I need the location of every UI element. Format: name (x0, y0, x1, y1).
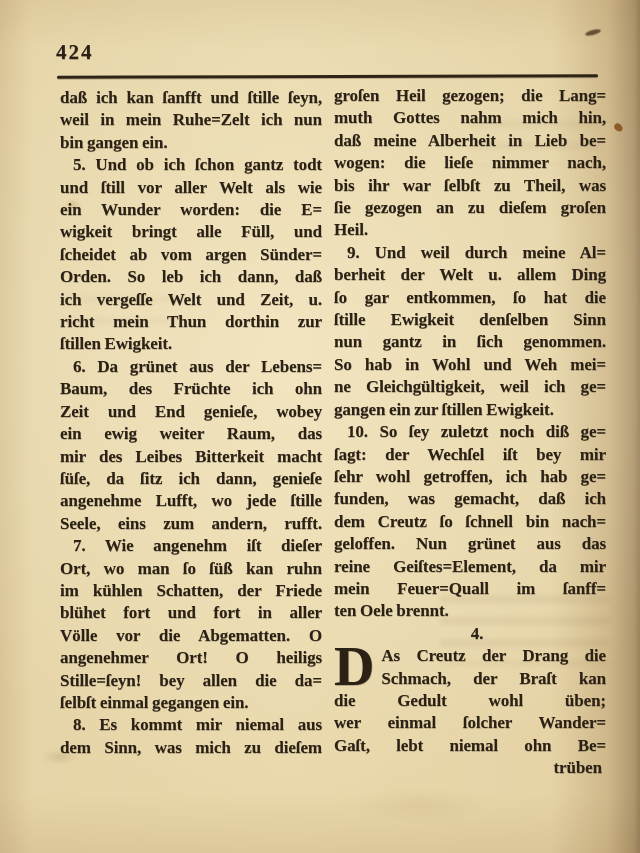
text-line: mir des Leibes Bitterkeit macht (60, 446, 322, 468)
book-page: 424 daß ich kan ſanfft und ſtille ſeyn, … (0, 0, 640, 853)
text-line: ich vergeſſe Welt und Zeit, u. (60, 289, 322, 311)
text-line: Zeit und End genieſe, wobey (60, 401, 322, 423)
text-line: ſagt: der Wechſel iſt bey mir (334, 444, 606, 466)
catchword: trüben (334, 757, 606, 779)
text-line: Völle vor die Abgematten. O (60, 625, 322, 647)
text-line: Stille=ſeyn! bey allen die da= (60, 670, 322, 692)
text-line: ſtillen Ewigkeit. (60, 333, 322, 355)
page-number: 424 (56, 40, 94, 65)
text-line: Baum, des Früchte ich ohn (60, 378, 322, 400)
section-number: 4. (334, 623, 606, 645)
text-line: ne Gleichgültigkeit, weil ich ge= (334, 376, 606, 398)
text-line: So hab in Wohl und Weh mei= (334, 354, 606, 376)
text-line: angenehmer Ort! O heiligs (60, 647, 322, 669)
text-line: 6. Da grünet aus der Lebens= (60, 356, 322, 378)
text-line: bis ihr war ſelbſt zu Theil, was (334, 175, 606, 197)
text-line: blühet fort und fort in aller (60, 602, 322, 624)
text-line: ſelbſt einmal gegangen ein. (60, 692, 322, 714)
text-line: groſen Heil gezogen; die Lang= (334, 85, 606, 107)
text-line: daß ich kan ſanfft und ſtille ſeyn, (60, 87, 322, 109)
text-line: Orden. So leb ich dann, daß (60, 266, 322, 288)
text-line: geloffen. Nun grünet aus das (334, 533, 606, 555)
text-line: ſie gezogen an zu dieſem groſen (334, 197, 606, 219)
text-line: 5. Und ob ich ſchon gantz todt (60, 154, 322, 176)
text-line: funden, was gemacht, daß ich (334, 488, 606, 510)
header-rule (57, 74, 598, 78)
text-line: muth Gottes nahm mich hin, (334, 107, 606, 129)
text-line: ſüſe, da ſitz ich dann, genieſe (60, 468, 322, 490)
text-line: im kühlen Schatten, der Friede (60, 580, 322, 602)
text-line: ſehr wohl getroffen, ich hab ge= (334, 466, 606, 488)
text-line: die Gedult wohl üben; (334, 690, 606, 712)
text-line: ten Oele brennt. (334, 600, 606, 622)
text-line: ein ewig weiter Raum, das (60, 423, 322, 445)
text-line: ſtille Ewigkeit denſelben Sinn (334, 309, 606, 331)
text-line: ſo gar entkommen, ſo hat die (334, 287, 606, 309)
text-line: ein Wunder worden: die E= (60, 199, 322, 221)
text-line: weil in mein Ruhe=Zelt ich nun (60, 109, 322, 131)
ink-speck (613, 122, 624, 133)
text-line: wer einmal ſolcher Wander= (334, 712, 606, 734)
text-line: Heil. (334, 219, 606, 241)
text-line: und ſtill vor aller Welt als wie (60, 177, 322, 199)
paper-stain (330, 780, 510, 830)
text-line: mein Feuer=Quall im ſanff= (334, 578, 606, 600)
text-line: reine Geiſtes=Element, da mir (334, 556, 606, 578)
text-line: Gaſt, lebt niemal ohn Be= (334, 735, 606, 757)
text-line: wogen: die lieſe nimmer nach, (334, 152, 606, 174)
text-line: nun gantz in ſich genommen. (334, 331, 606, 353)
drop-cap: D (334, 645, 381, 689)
text-line: richt mein Thun dorthin zur (60, 311, 322, 333)
text-line: wigkeit bringt alle Füll, und (60, 221, 322, 243)
text-line: 10. So ſey zuletzt noch diß ge= (334, 421, 606, 443)
section-paragraph: D As Creutz der Drang die Schmach, der B… (334, 645, 606, 757)
text-line: daß meine Alberheit in Lieb be= (334, 130, 606, 152)
text-line: Seele, eins zum andern, rufft. (60, 513, 322, 535)
text-line: gangen ein zur ſtillen Ewigkeit. (334, 399, 606, 421)
text-line: Ort, wo man ſo ſüß kan ruhn (60, 558, 322, 580)
right-column: groſen Heil gezogen; die Lang= muth Gott… (334, 85, 606, 780)
text-line: bin gangen ein. (60, 132, 322, 154)
text-line: dem Creutz ſo ſchnell bin nach= (334, 511, 606, 533)
text-line: ſcheidet ab vom argen Sünder= (60, 244, 322, 266)
text-line: 8. Es kommt mir niemal aus (60, 714, 322, 736)
text-line: angenehme Lufft, wo jede ſtille (60, 490, 322, 512)
text-line: dem Sinn, was mich zu dieſem (60, 737, 322, 759)
text-line: 9. Und weil durch meine Al= (334, 242, 606, 264)
ink-speck (585, 28, 602, 37)
text-line: 7. Wie angenehm iſt dieſer (60, 535, 322, 557)
left-column: daß ich kan ſanfft und ſtille ſeyn, weil… (60, 87, 322, 759)
text-line: berheit der Welt u. allem Ding (334, 264, 606, 286)
